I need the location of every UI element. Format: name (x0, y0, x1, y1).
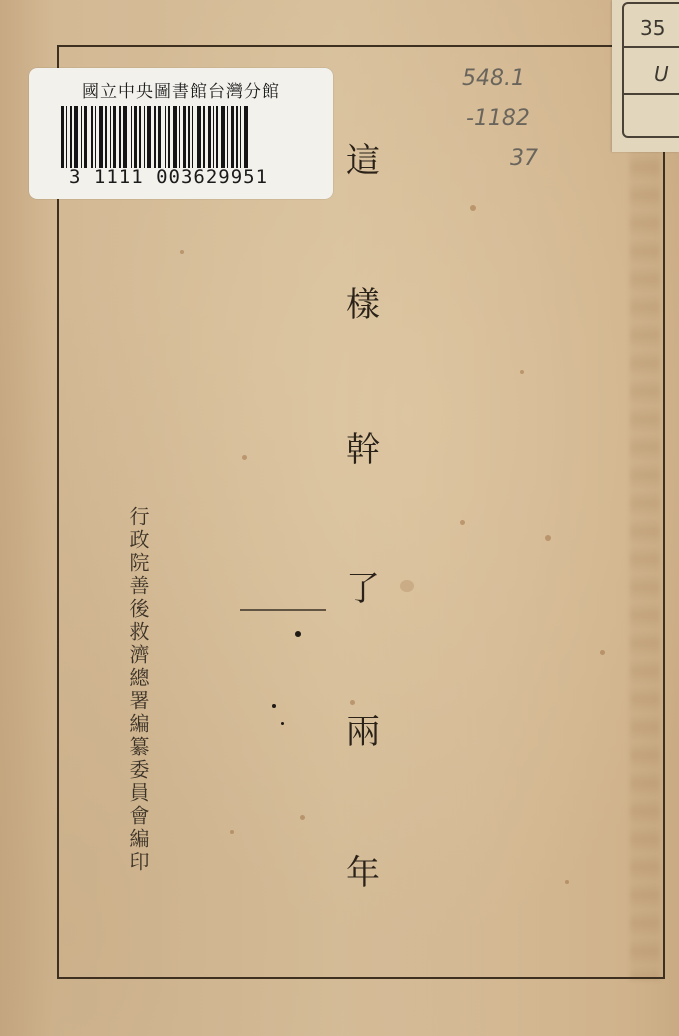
handwritten-call-number-line1: 548.1 (462, 68, 525, 90)
barcode-icon (61, 106, 303, 168)
title-char: 這 (338, 133, 388, 182)
corner-call-label: 35 U (612, 0, 679, 152)
library-name: 國立中央圖書館台灣分館 (29, 77, 333, 102)
title-char: 兩 (338, 704, 388, 753)
publisher-text: 行政院善後救濟總署編纂委員會編印 (122, 506, 152, 874)
title-char: 了 (338, 561, 388, 610)
barcode-number: 3 1111 003629951 (69, 166, 268, 188)
title-char: 年 (338, 845, 388, 894)
call-label-divider (622, 93, 679, 95)
decorative-dot (295, 631, 301, 637)
title-char: 樣 (338, 277, 388, 326)
decorative-dot (281, 722, 284, 725)
library-barcode-label: 國立中央圖書館台灣分館 3 1111 003629951 (29, 68, 333, 199)
handwritten-call-number-line3: 37 (510, 148, 538, 170)
decorative-rule (240, 609, 326, 611)
call-label-divider (622, 46, 679, 48)
call-label-row1: 35 (640, 16, 665, 40)
handwritten-call-number-line2: -1182 (466, 108, 530, 130)
decorative-dot (272, 704, 276, 708)
call-label-row2: U (654, 62, 669, 86)
title-char: 幹 (338, 422, 388, 471)
